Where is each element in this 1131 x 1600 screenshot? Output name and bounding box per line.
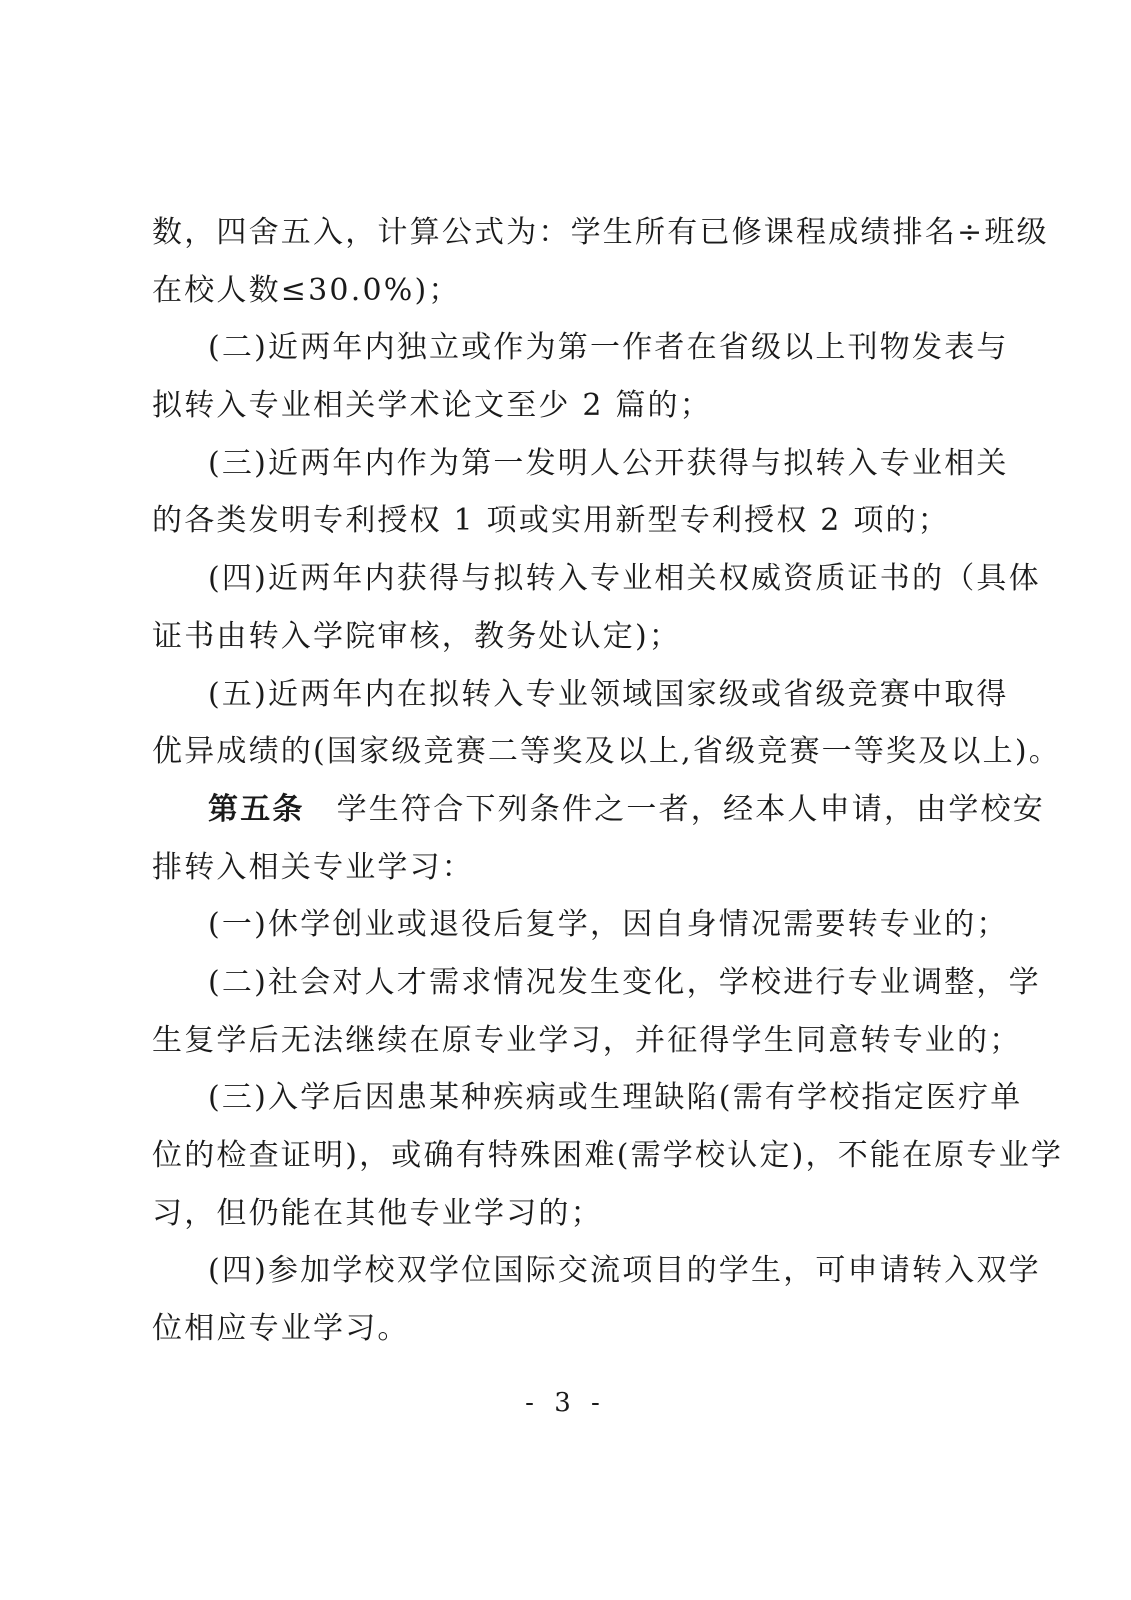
condition-3-line-2: 位的检查证明)，或确有特殊困难(需学校认定)，不能在原专业学 <box>152 1127 972 1185</box>
article-5-line-1: 第五条学生符合下列条件之一者，经本人申请，由学校安 <box>152 781 972 839</box>
condition-3-line-1: (三)入学后因患某种疾病或生理缺陷(需有学校指定医疗单 <box>152 1069 972 1127</box>
list-item-3-line-1: (三)近两年内作为第一发明人公开获得与拟转入专业相关 <box>152 435 972 493</box>
condition-2-line-1: (二)社会对人才需求情况发生变化，学校进行专业调整，学 <box>152 954 972 1012</box>
list-item-5-line-1: (五)近两年内在拟转入专业领域国家级或省级竞赛中取得 <box>152 666 972 724</box>
condition-3-line-3: 习，但仍能在其他专业学习的； <box>152 1185 972 1243</box>
article-5-line-2: 排转入相关专业学习： <box>152 839 972 897</box>
article-text: 学生符合下列条件之一者，经本人申请，由学校安 <box>337 792 1045 827</box>
condition-1-line-1: (一)休学创业或退役后复学，因自身情况需要转专业的； <box>152 896 972 954</box>
list-item-3-line-2: 的各类发明专利授权 1 项或实用新型专利授权 2 项的； <box>152 492 972 550</box>
page-number: - 3 - <box>0 1388 1131 1418</box>
list-item-5-line-2: 优异成绩的(国家级竞赛二等奖及以上,省级竞赛一等奖及以上)。 <box>152 723 972 781</box>
article-label: 第五条 <box>208 792 305 827</box>
text-line: 数，四舍五入，计算公式为：学生所有已修课程成绩排名÷班级 <box>152 204 972 262</box>
condition-4-line-2: 位相应专业学习。 <box>152 1300 972 1358</box>
condition-2-line-2: 生复学后无法继续在原专业学习，并征得学生同意转专业的； <box>152 1012 972 1070</box>
text-line: 在校人数≤30.0%)； <box>152 262 972 320</box>
list-item-4-line-2: 证书由转入学院审核，教务处认定)； <box>152 608 972 666</box>
condition-4-line-1: (四)参加学校双学位国际交流项目的学生，可申请转入双学 <box>152 1242 972 1300</box>
list-item-4-line-1: (四)近两年内获得与拟转入专业相关权威资质证书的（具体 <box>152 550 972 608</box>
list-item-2-line-2: 拟转入专业相关学术论文至少 2 篇的； <box>152 377 972 435</box>
document-body: 数，四舍五入，计算公式为：学生所有已修课程成绩排名÷班级 在校人数≤30.0%)… <box>152 204 972 1358</box>
list-item-2-line-1: (二)近两年内独立或作为第一作者在省级以上刊物发表与 <box>152 319 972 377</box>
